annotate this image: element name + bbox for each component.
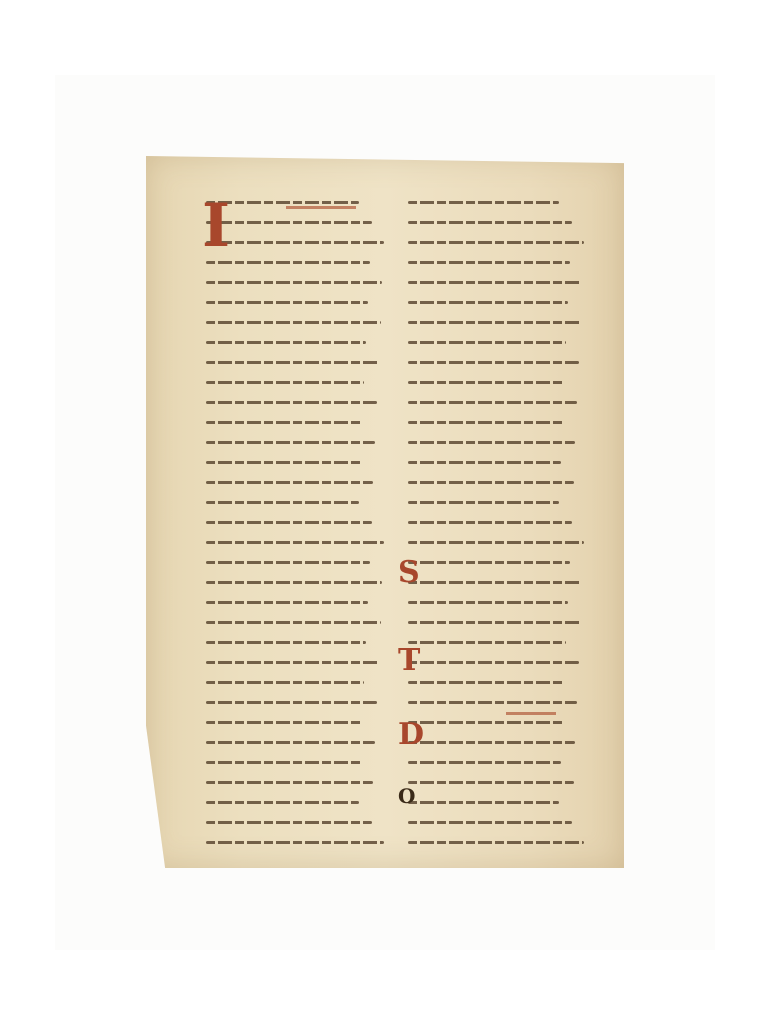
script-line xyxy=(206,501,359,504)
rubric-line xyxy=(286,206,356,209)
script-line xyxy=(206,661,379,664)
rubric-line xyxy=(506,712,556,715)
script-line xyxy=(408,401,577,404)
script-line xyxy=(206,461,361,464)
script-line xyxy=(206,541,384,544)
script-line xyxy=(408,581,582,584)
script-line xyxy=(206,721,363,724)
script-line xyxy=(206,401,377,404)
script-line xyxy=(408,801,559,804)
script-line xyxy=(206,341,366,344)
script-line xyxy=(408,701,577,704)
manuscript-leaf: I S T D O xyxy=(146,156,624,868)
initial-letter-o: O xyxy=(398,786,415,806)
initial-letter-t: T xyxy=(398,646,420,676)
script-line xyxy=(206,481,373,484)
left-text-column xyxy=(206,201,386,861)
script-line xyxy=(206,421,363,424)
script-line xyxy=(408,441,575,444)
script-line xyxy=(206,521,372,524)
script-line xyxy=(408,501,559,504)
script-line xyxy=(408,621,581,624)
script-line xyxy=(408,361,579,364)
script-line xyxy=(206,261,370,264)
script-line xyxy=(206,361,379,364)
script-line xyxy=(206,581,382,584)
script-line xyxy=(206,221,372,224)
script-line xyxy=(408,661,579,664)
script-line xyxy=(206,781,373,784)
initial-letter-d: D xyxy=(398,720,424,750)
script-line xyxy=(408,741,575,744)
script-line xyxy=(408,241,584,244)
script-line xyxy=(408,461,561,464)
script-line xyxy=(206,441,375,444)
script-line xyxy=(206,741,375,744)
script-line xyxy=(408,261,570,264)
script-line xyxy=(408,781,574,784)
script-line xyxy=(206,281,382,284)
script-line xyxy=(206,601,368,604)
script-line xyxy=(408,841,584,844)
script-line xyxy=(408,321,581,324)
script-line xyxy=(206,561,370,564)
script-line xyxy=(206,301,368,304)
script-line xyxy=(206,821,372,824)
script-line xyxy=(408,521,572,524)
initial-letter-s: S xyxy=(398,558,420,588)
script-line xyxy=(206,681,364,684)
script-line xyxy=(408,421,563,424)
right-text-column xyxy=(408,201,586,861)
script-line xyxy=(206,621,381,624)
script-line xyxy=(206,241,384,244)
script-line xyxy=(206,701,377,704)
script-line xyxy=(408,541,584,544)
script-line xyxy=(206,321,381,324)
script-line xyxy=(408,301,568,304)
script-line xyxy=(408,601,568,604)
script-line xyxy=(408,281,582,284)
script-line xyxy=(408,561,570,564)
script-line xyxy=(408,821,572,824)
script-line xyxy=(408,201,559,204)
script-line xyxy=(408,481,574,484)
script-line xyxy=(408,341,566,344)
script-line xyxy=(206,841,384,844)
script-line xyxy=(206,761,361,764)
script-line xyxy=(206,381,364,384)
initial-letter-i: I xyxy=(202,196,230,256)
script-line xyxy=(408,381,565,384)
script-line xyxy=(408,221,572,224)
script-line xyxy=(408,641,566,644)
script-line xyxy=(206,641,366,644)
script-line xyxy=(206,801,359,804)
script-line xyxy=(408,721,563,724)
script-line xyxy=(408,761,561,764)
script-line xyxy=(408,681,565,684)
